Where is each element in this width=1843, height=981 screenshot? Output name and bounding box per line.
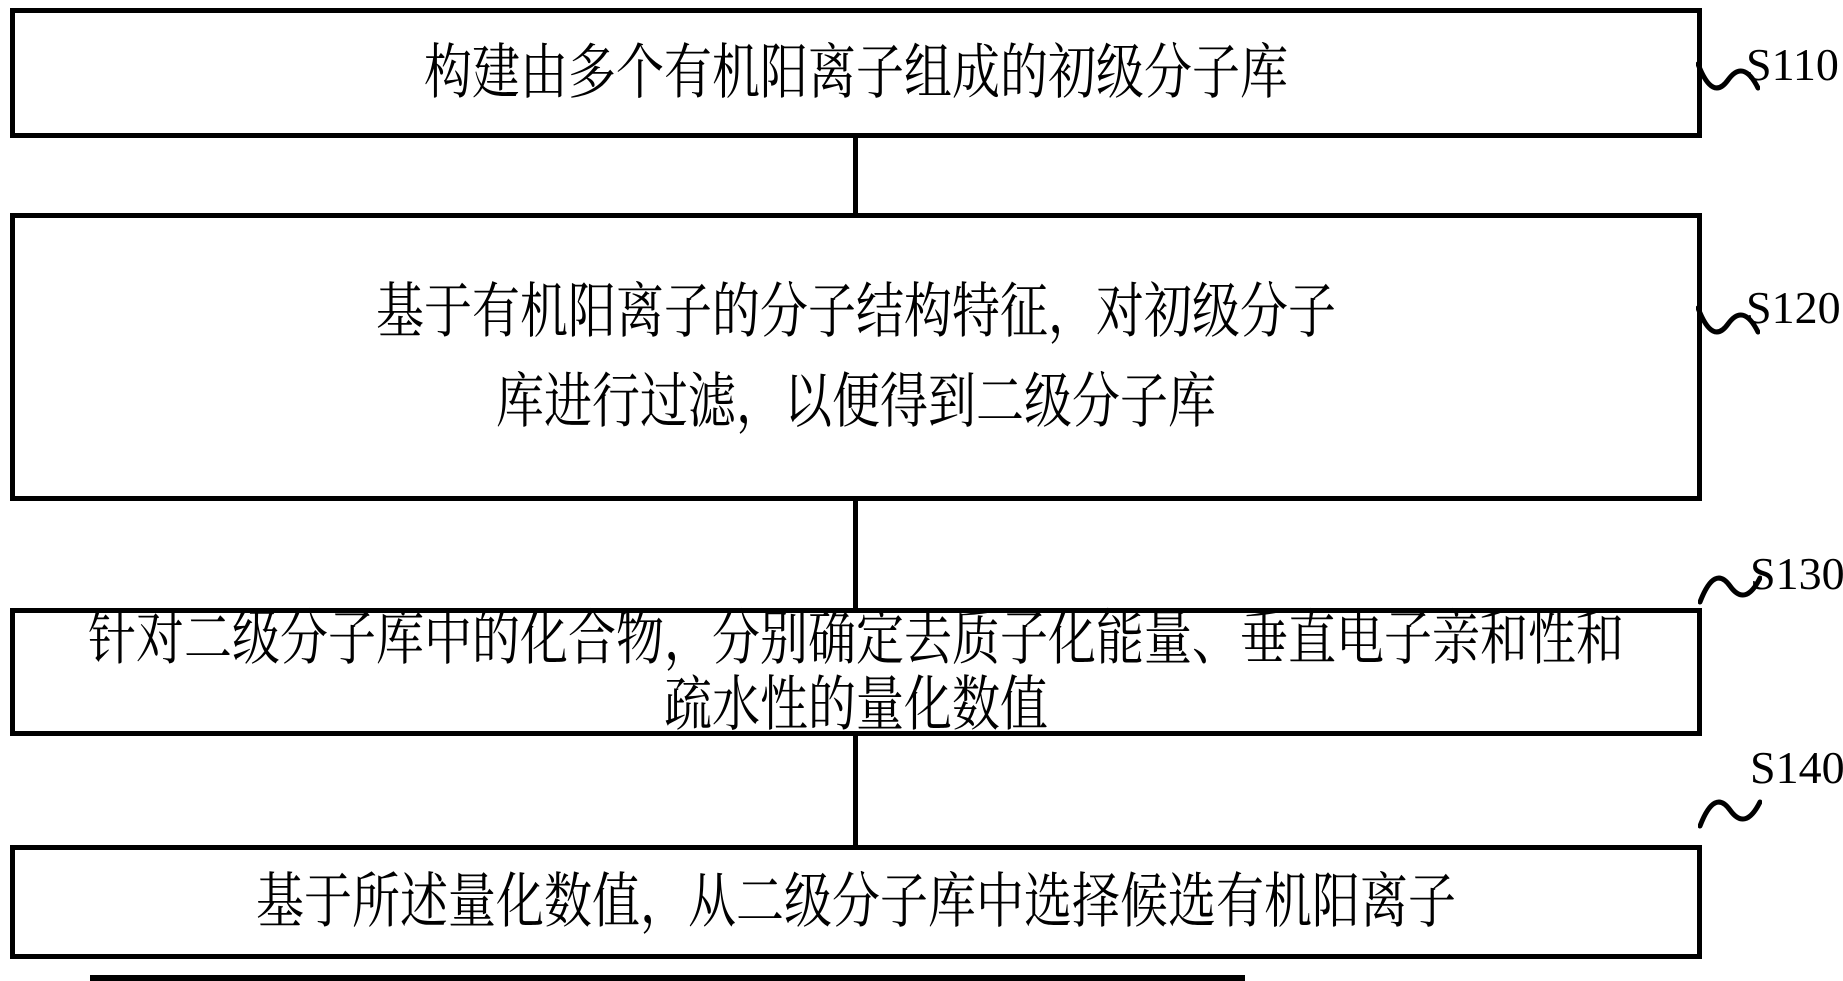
step-reference-s110: S110 bbox=[1746, 38, 1839, 91]
flow-box-step-1-text: 构建由多个有机阳离子组成的初级分子库 bbox=[424, 38, 1288, 108]
step-1-line-1: 构建由多个有机阳离子组成的初级分子库 bbox=[424, 38, 1288, 108]
flow-box-step-1: 构建由多个有机阳离子组成的初级分子库 bbox=[10, 8, 1702, 138]
flow-box-step-2: 基于有机阳离子的分子结构特征，对初级分子 库进行过滤，以便得到二级分子库 bbox=[10, 213, 1702, 501]
step-4-line-1: 基于所述量化数值，从二级分子库中选择候选有机阳离子 bbox=[256, 867, 1456, 937]
step-2-line-2: 库进行过滤，以便得到二级分子库 bbox=[376, 357, 1336, 447]
flow-box-step-4-text: 基于所述量化数值，从二级分子库中选择候选有机阳离子 bbox=[256, 867, 1456, 937]
connector-line-1 bbox=[853, 138, 858, 213]
flow-box-step-3: 针对二级分子库中的化合物，分别确定去质子化能量、垂直电子亲和性和 疏水性的量化数… bbox=[10, 608, 1702, 736]
step-reference-s130: S130 bbox=[1750, 547, 1843, 600]
connector-line-3 bbox=[853, 736, 858, 845]
flow-box-step-3-text: 针对二级分子库中的化合物，分别确定去质子化能量、垂直电子亲和性和 疏水性的量化数… bbox=[88, 606, 1624, 738]
step-reference-s140: S140 bbox=[1750, 741, 1843, 794]
flow-box-step-2-text: 基于有机阳离子的分子结构特征，对初级分子 库进行过滤，以便得到二级分子库 bbox=[376, 267, 1336, 447]
step-reference-s120: S120 bbox=[1746, 281, 1841, 334]
flow-box-step-4: 基于所述量化数值，从二级分子库中选择候选有机阳离子 bbox=[10, 845, 1702, 959]
connector-line-2 bbox=[853, 501, 858, 608]
step-3-line-1: 针对二级分子库中的化合物，分别确定去质子化能量、垂直电子亲和性和 bbox=[88, 606, 1624, 672]
tilde-lead-line-icon-s140 bbox=[1698, 790, 1762, 834]
step-2-line-1: 基于有机阳离子的分子结构特征，对初级分子 bbox=[376, 267, 1336, 357]
patent-flowchart-figure: 构建由多个有机阳离子组成的初级分子库 基于有机阳离子的分子结构特征，对初级分子 … bbox=[0, 0, 1843, 981]
step-3-line-2: 疏水性的量化数值 bbox=[88, 672, 1624, 738]
cropped-bottom-line bbox=[90, 975, 1245, 981]
